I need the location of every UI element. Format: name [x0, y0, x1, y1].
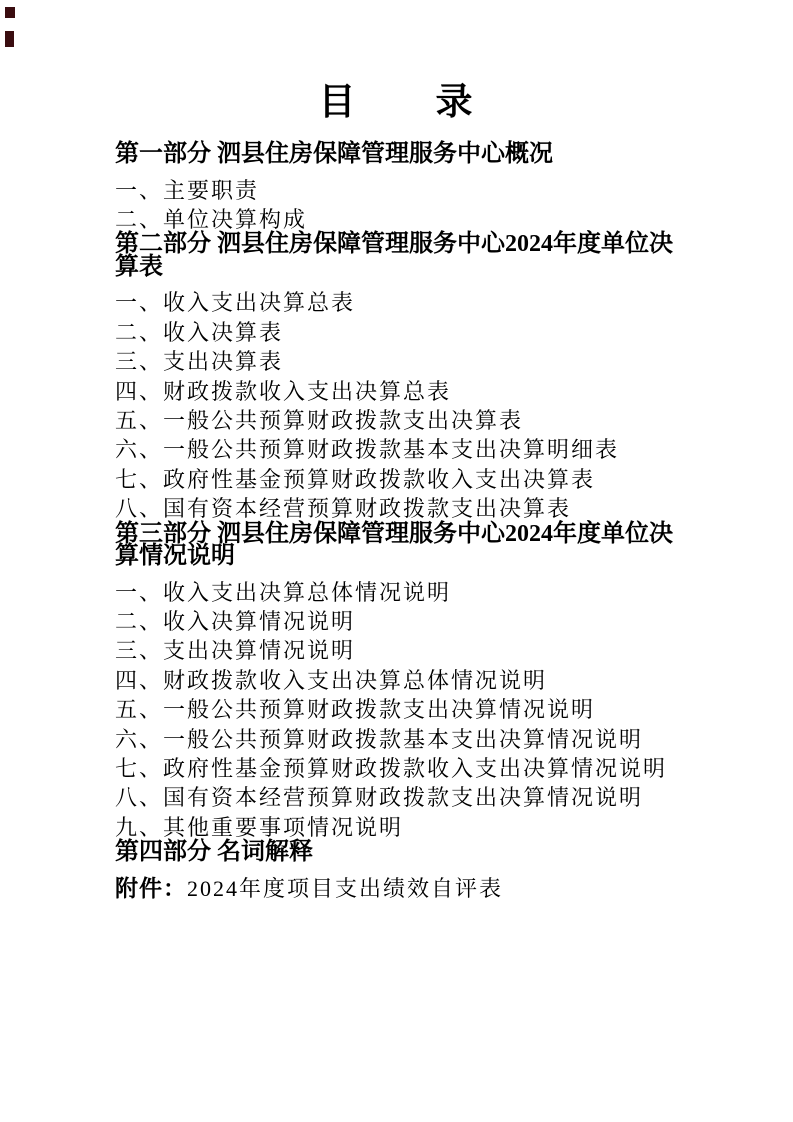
toc-item: 二、单位决算构成 [115, 205, 683, 234]
toc-item: 二、收入决算表 [115, 318, 683, 347]
toc-item: 九、其他重要事项情况说明 [115, 813, 683, 842]
toc-part-heading: 第四部分 名词解释 [115, 841, 683, 864]
toc-item: 七、政府性基金预算财政拨款收入支出决算表 [115, 465, 683, 494]
toc-list: 第一部分 泗县住房保障管理服务中心概况一、主要职责二、单位决算构成第二部分 泗县… [115, 143, 683, 904]
toc-attachment: 附件：2024年度项目支出绩效自评表 [115, 874, 683, 904]
page-title: 目 录 [0, 0, 793, 124]
toc-item: 一、收入支出决算总体情况说明 [115, 578, 683, 607]
toc-item: 五、一般公共预算财政拨款支出决算表 [115, 406, 683, 435]
scan-artifact-top [5, 7, 15, 18]
toc-part-heading: 第二部分 泗县住房保障管理服务中心2024年度单位决算表 [115, 233, 683, 278]
toc-item: 五、一般公共预算财政拨款支出决算情况说明 [115, 695, 683, 724]
attachment-text: 2024年度项目支出绩效自评表 [187, 876, 503, 901]
toc-item: 八、国有资本经营预算财政拨款支出决算表 [115, 494, 683, 523]
attachment-label: 附件： [115, 876, 187, 901]
toc-part-heading: 第三部分 泗县住房保障管理服务中心2024年度单位决算情况说明 [115, 523, 683, 568]
toc-item: 七、政府性基金预算财政拨款收入支出决算情况说明 [115, 754, 683, 783]
toc-item: 三、支出决算情况说明 [115, 636, 683, 665]
scan-artifact-bottom [5, 31, 14, 47]
toc-item: 四、财政拨款收入支出决算总表 [115, 377, 683, 406]
toc-item: 二、收入决算情况说明 [115, 607, 683, 636]
toc-item: 一、收入支出决算总表 [115, 288, 683, 317]
toc-item: 六、一般公共预算财政拨款基本支出决算明细表 [115, 435, 683, 464]
toc-item: 六、一般公共预算财政拨款基本支出决算情况说明 [115, 725, 683, 754]
toc-part-heading: 第一部分 泗县住房保障管理服务中心概况 [115, 143, 683, 166]
toc-item: 八、国有资本经营预算财政拨款支出决算情况说明 [115, 783, 683, 812]
toc-item: 四、财政拨款收入支出决算总体情况说明 [115, 666, 683, 695]
document-page: 目 录 第一部分 泗县住房保障管理服务中心概况一、主要职责二、单位决算构成第二部… [0, 0, 793, 1122]
toc-item: 一、主要职责 [115, 176, 683, 205]
toc-item: 三、支出决算表 [115, 347, 683, 376]
